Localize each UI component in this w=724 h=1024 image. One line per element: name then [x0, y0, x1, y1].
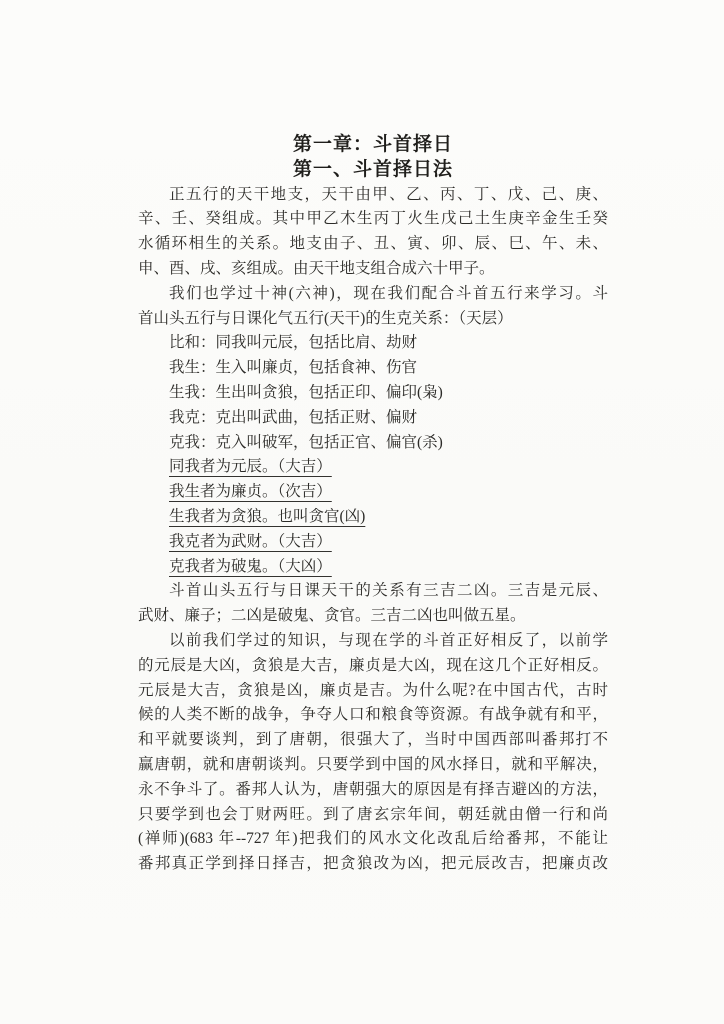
- document-page: 第一章：斗首择日 第一、斗首择日法 正五行的天干地支，天干由甲、乙、丙、丁、戊、…: [0, 0, 724, 1024]
- body-line: 元辰是大吉，贪狼是凶，廉贞是吉。为什么呢?在中国古代，古时: [138, 679, 608, 704]
- body-line: 水循环相生的关系。地支由子、丑、寅、卯、辰、巳、午、未、: [138, 232, 608, 257]
- list-line: 生我：生出叫贪狼，包括正印、偏印(枭): [138, 381, 608, 406]
- underlined-line: 我克者为武财。（大吉）: [138, 530, 608, 555]
- body-line: 辛、壬、癸组成。其中甲乙木生丙丁火生戊己土生庚辛金生壬癸: [138, 207, 608, 232]
- list-line: 比和：同我叫元辰，包括比肩、劫财: [138, 331, 608, 356]
- section-title: 第一、斗首择日法: [138, 158, 608, 183]
- text-column: 第一章：斗首择日 第一、斗首择日法 正五行的天干地支，天干由甲、乙、丙、丁、戊、…: [138, 133, 608, 877]
- body-line: 和平就要谈判，到了唐朝，很强大了，当时中国西部叫番邦打不: [138, 728, 608, 753]
- body-line: 申、酉、戌、亥组成。由天干地支组合成六十甲子。: [138, 257, 608, 282]
- chapter-title: 第一章：斗首择日: [138, 133, 608, 158]
- body-line: 首山头五行与日课化气五行(天干)的生克关系：（天层）: [138, 307, 608, 332]
- list-line: 我生：生入叫廉贞，包括食神、伤官: [138, 356, 608, 381]
- body-line: 只要学到也会丁财两旺。到了唐玄宗年间，朝廷就由僧一行和尚: [138, 803, 608, 828]
- body-line: 永不争斗了。番邦人认为，唐朝强大的原因是有择吉避凶的方法，: [138, 778, 608, 803]
- body-line: 番邦真正学到择日择吉，把贪狼改为凶，把元辰改吉，把廉贞改: [138, 852, 608, 877]
- list-line: 我克：克出叫武曲，包括正财、偏财: [138, 406, 608, 431]
- body-line: 武财、廉子；二凶是破鬼、贪官。三吉二凶也叫做五星。: [138, 604, 608, 629]
- body-line: 的元辰是大凶，贪狼是大吉，廉贞是大凶，现在这几个正好相反。: [138, 654, 608, 679]
- body-line: 正五行的天干地支，天干由甲、乙、丙、丁、戊、己、庚、: [138, 183, 608, 208]
- underlined-line: 克我者为破鬼。（大凶）: [138, 555, 608, 580]
- body-line: 候的人类不断的战争，争夺人口和粮食等资源。有战争就有和平，: [138, 703, 608, 728]
- body-line: 斗首山头五行与日课天干的关系有三吉二凶。三吉是元辰、: [138, 579, 608, 604]
- underlined-line: 同我者为元辰。（大吉）: [138, 455, 608, 480]
- list-line: 克我：克入叫破军，包括正官、偏官(杀): [138, 431, 608, 456]
- underlined-line: 我生者为廉贞。（次吉）: [138, 480, 608, 505]
- body-line: 我们也学过十神(六神)，现在我们配合斗首五行来学习。斗: [138, 282, 608, 307]
- body-line: 赢唐朝，就和唐朝谈判。只要学到中国的风水择日，就和平解决，: [138, 753, 608, 778]
- underlined-line: 生我者为贪狼。也叫贪官(凶): [138, 505, 608, 530]
- body-line: 以前我们学过的知识，与现在学的斗首正好相反了，以前学: [138, 629, 608, 654]
- body-line: (禅师)(683 年--727 年)把我们的风水文化改乱后给番邦，不能让: [138, 827, 608, 852]
